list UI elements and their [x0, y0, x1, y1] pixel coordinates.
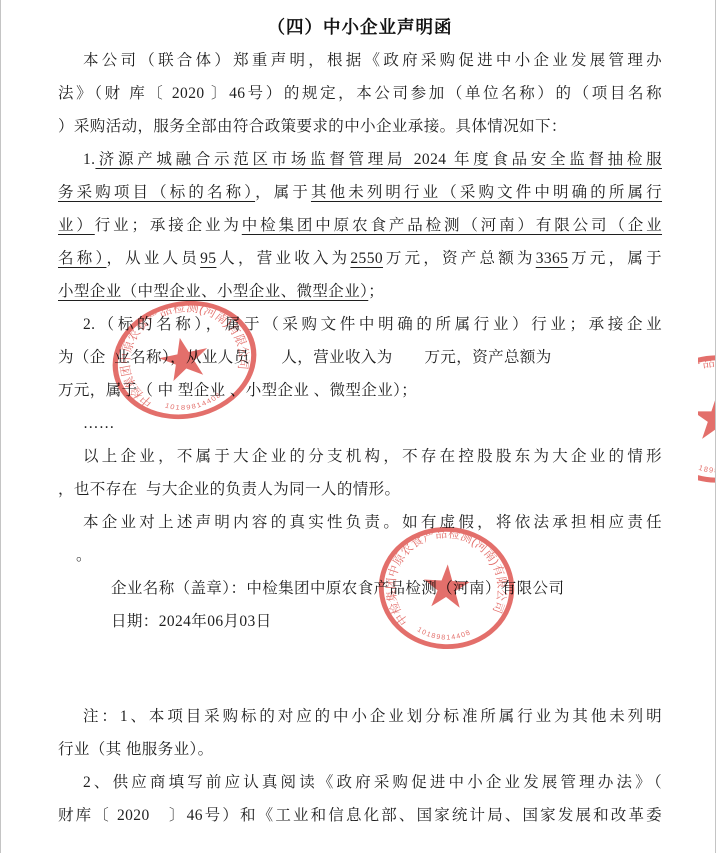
- seal-serial-text: 4101898144080: [698, 347, 716, 475]
- underlined-text: 名称）: [58, 250, 106, 267]
- text-line: 财库〔 2020 〕46号）和《工业和信息化部、国家统计局、国家发展和改革委: [58, 799, 662, 832]
- text-line: 以上企业，不属于大企业的分支机构，不存在控股股东为大企业的情形: [58, 440, 662, 473]
- seal-company-text: 中检集团中原农食产品检测(河南)有限公司: [698, 354, 716, 463]
- text-run: 以上企业，不属于大企业的分支机构，不存在控股股东为大企业的情形: [83, 448, 662, 465]
- text-line: ）采购活动，服务全部由符合政策要求的中小企业承接。具体情况如下：: [58, 110, 662, 143]
- text-run: 2、供应商填写前应认真阅读《政府采购促进中小企业发展管理办法》（: [83, 774, 662, 791]
- text-run: ，属于: [255, 184, 311, 201]
- underlined-text: 3365: [536, 250, 569, 267]
- text-line: 日期：2024年06月03日: [58, 605, 662, 638]
- text-line: 1.济源产城融合示范区市场监督管理局 2024 年度食品安全监督抽检服: [58, 143, 662, 176]
- text-line: 本企业对上述声明内容的真实性负责。如有虚假，将依法承担相应责任: [58, 506, 662, 539]
- document-body: 本公司（联合体）郑重声明，根据《政府采购促进中小企业发展管理办法》（财 库〔 2…: [58, 44, 662, 832]
- text-line: 2、供应商填写前应认真阅读《政府采购促进中小企业发展管理办法》（: [58, 766, 662, 799]
- partial-seal-fragment: 中检集团中原农食产品检测(河南)有限公司4101898144080: [698, 347, 716, 486]
- text-run: 行业（其 他服务业）。: [58, 741, 214, 758]
- star-icon: [698, 394, 716, 439]
- text-run: 。: [76, 547, 92, 564]
- seal-ring: [698, 358, 716, 480]
- text-run: 法》（财 库〔 2020 〕46号）的规定，本公司参加（单位名称）的（项目名称: [58, 85, 662, 102]
- seal-graphic: 中检集团中原农食产品检测(河南)有限公司4101898144080: [698, 347, 716, 486]
- text-run: 日期：2024年06月03日: [111, 613, 272, 630]
- underlined-text: 中检集团中原农食产品检测（河南）有限公司（企业: [242, 217, 662, 234]
- document-title: （四）中小企业声明函: [58, 10, 662, 44]
- text-line: 务采购项目（标的名称），属于其他未列明行业（采购文件中明确的所属行: [58, 176, 662, 209]
- text-run: 企业名称（盖章）：中检集团中原农食产品检测（河南）有限公司: [111, 580, 564, 597]
- document-content: （四）中小企业声明函 本公司（联合体）郑重声明，根据《政府采购促进中小企业发展管…: [58, 10, 662, 832]
- text-line: 万元，属于（ 中 型企业 、小型企业 、微型企业）；: [58, 374, 662, 407]
- text-run: 1.: [83, 151, 95, 168]
- underlined-text: 业）: [58, 217, 95, 234]
- text-run: ，从业人员: [106, 250, 200, 267]
- text-run: 本公司（联合体）郑重声明，根据《政府采购促进中小企业发展管理办: [83, 52, 662, 69]
- text-run: ，也不存在 与大企业的负责人为同一人的情形。: [58, 481, 400, 498]
- underlined-text: 济源产城融合示范区市场监督管理局 2024 年度食品安全监督抽检服: [95, 151, 662, 168]
- text-run: 本企业对上述声明内容的真实性负责。如有虚假，将依法承担相应责任: [83, 514, 662, 531]
- text-line: 注：1、本项目采购标的对应的中小企业划分标准所属行业为其他未列明: [58, 700, 662, 733]
- text-line: ……: [58, 407, 662, 440]
- text-run: ；: [368, 283, 384, 300]
- text-run: 为（企 业名称），从业人员 人，营业收入为 万元，资产总额为: [58, 349, 552, 366]
- text-run: 人，营业收入为: [216, 250, 350, 267]
- text-run: 万元，资产总额为: [383, 250, 536, 267]
- underlined-text: 小型企业（中型企业、小型企业、微型企业）: [58, 283, 368, 300]
- text-line: 名称），从业人员95人，营业收入为2550万元，资产总额为3365万元，属于: [58, 242, 662, 275]
- text-line: 业）行业；承接企业为中检集团中原农食产品检测（河南）有限公司（企业: [58, 209, 662, 242]
- text-run: 2.（标的名称），属于（采购文件中明确的所属行业）行业；承接企业: [83, 316, 662, 333]
- company-seal: 中检集团中原农食产品检测(河南)有限公司4101898144080: [698, 347, 716, 486]
- text-run: ……: [83, 415, 115, 432]
- text-line: 本公司（联合体）郑重声明，根据《政府采购促进中小企业发展管理办: [58, 44, 662, 77]
- text-run: 财库〔 2020 〕46号）和《工业和信息化部、国家统计局、国家发展和改革委: [58, 807, 662, 824]
- text-line: 为（企 业名称），从业人员 人，营业收入为 万元，资产总额为: [58, 341, 662, 374]
- text-line: 行业（其 他服务业）。: [58, 733, 662, 766]
- text-line: ，也不存在 与大企业的负责人为同一人的情形。: [58, 473, 662, 506]
- text-run: 行业；承接企业为: [95, 217, 242, 234]
- text-line: 2.（标的名称），属于（采购文件中明确的所属行业）行业；承接企业: [58, 308, 662, 341]
- text-line: 法》（财 库〔 2020 〕46号）的规定，本公司参加（单位名称）的（项目名称: [58, 77, 662, 110]
- text-line: 。: [58, 539, 662, 572]
- text-run: 注：1、本项目采购标的对应的中小企业划分标准所属行业为其他未列明: [83, 708, 662, 725]
- text-run: 万元，属于: [568, 250, 662, 267]
- text-line: 企业名称（盖章）：中检集团中原农食产品检测（河南）有限公司: [58, 572, 662, 605]
- underlined-text: 2550: [350, 250, 383, 267]
- underlined-text: 95: [200, 250, 216, 267]
- text-run: 万元，属于（ 中 型企业 、小型企业 、微型企业）；: [58, 382, 417, 399]
- underlined-text: 其他未列明行业（采购文件中明确的所属行: [311, 184, 662, 201]
- text-run: ）采购活动，服务全部由符合政策要求的中小企业承接。具体情况如下：: [58, 118, 567, 135]
- underlined-text: 务采购项目（标的名称）: [58, 184, 255, 201]
- text-line: 小型企业（中型企业、小型企业、微型企业）；: [58, 275, 662, 308]
- document-page: （四）中小企业声明函 本公司（联合体）郑重声明，根据《政府采购促进中小企业发展管…: [0, 0, 716, 853]
